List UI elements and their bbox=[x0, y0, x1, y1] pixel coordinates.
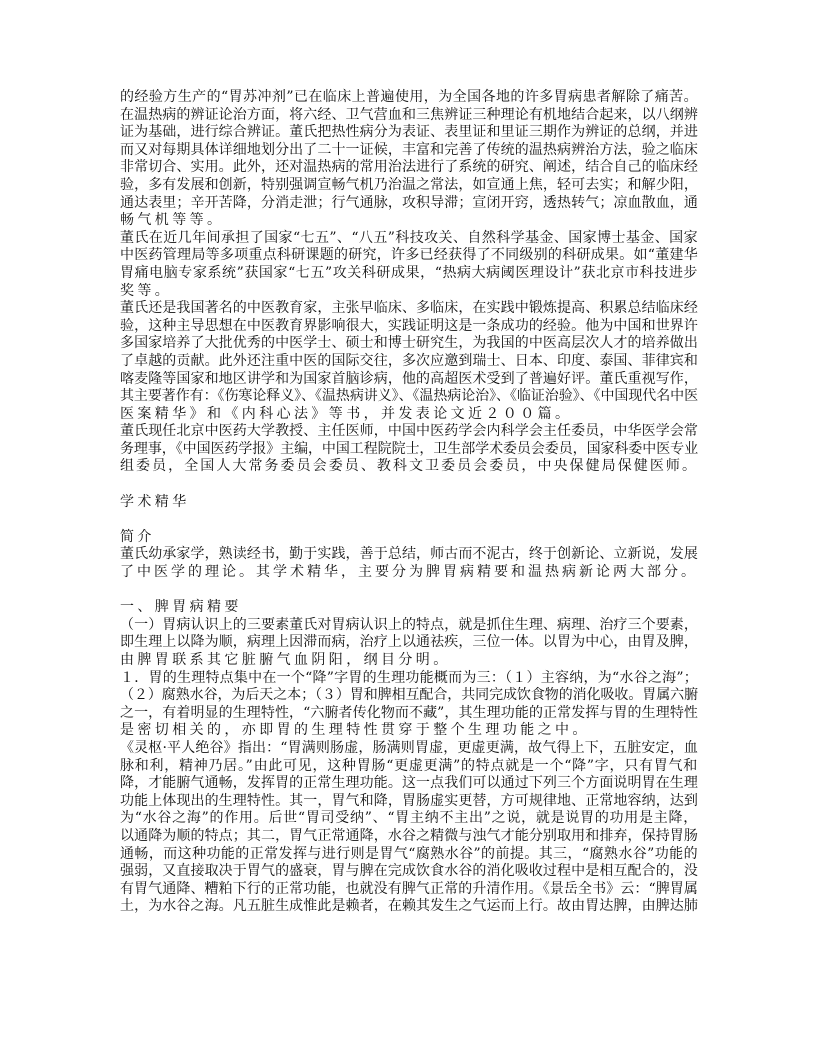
text-line: 了卓越的贡献。此外还注重中医的国际交往，多次应邀到瑞士、日本、印度、泰国、菲律宾… bbox=[120, 353, 702, 371]
text-line: 脉和利，精神乃居。”由此可见，这种胃肠“更虚更满”的特点就是一个“降”字，只有胃… bbox=[120, 758, 702, 776]
text-line: 功能上体现出的生理特性。其一，胃气和降，胃肠虚实更替，方可规律地、正常地容纳，达… bbox=[120, 793, 702, 811]
blank-line bbox=[120, 476, 702, 494]
text-line: 《灵枢·平人绝谷》指出：“胃满则肠虚，肠满则胃虚，更虚更满，故气得上下，五脏安定… bbox=[120, 740, 702, 758]
blank-line bbox=[120, 582, 702, 600]
paragraph: 的经验方生产的“胃苏冲剂”已在临床上普遍使用，为全国各地的许多胃病患者解除了痛苦… bbox=[120, 89, 702, 107]
text-line: １．胃的生理特点集中在一个“降”字胃的生理功能概而为三：（１）主容纳，为“水谷之… bbox=[120, 670, 702, 688]
text-line: 董氏还是我国著名的中医教育家，主张早临床、多临床，在实践中锻炼提高、积累总结临床… bbox=[120, 300, 702, 318]
text-line: 证为基础，进行综合辨证。董氏把热性病分为表证、表里证和里证三期作为辨证的总纲，并… bbox=[120, 124, 702, 142]
text-line: 了中医学的理论。其学术精华，主要分为脾胃病精要和温热病新论两大部分。 bbox=[120, 564, 702, 582]
text-line: 的经验方生产的“胃苏冲剂”已在临床上普遍使用，为全国各地的许多胃病患者解除了痛苦… bbox=[120, 89, 702, 107]
text-line: （２）腐熟水谷，为后天之本；（３）胃和脾相互配合，共同完成饮食物的消化吸收。胃属… bbox=[120, 687, 702, 705]
section-heading: 学术精华 bbox=[120, 494, 702, 512]
section-heading: 一、脾胃病精要 bbox=[120, 599, 702, 617]
document-page: 的经验方生产的“胃苏冲剂”已在临床上普遍使用，为全国各地的许多胃病患者解除了痛苦… bbox=[120, 89, 702, 916]
text-line: 在温热病的辨证论治方面，将六经、卫气营血和三焦辨证三种理论有机地结合起来，以八纲… bbox=[120, 107, 702, 125]
text-line: 医案精华》和《内科心法》等书，并发表论文近２００篇。 bbox=[120, 406, 702, 424]
paragraph: 董氏现任北京中医药大学教授、主任医师，中国中医药学会内科学会主任委员，中华医学会… bbox=[120, 423, 702, 476]
text-line: 由脾胃联系其它脏腑气血阴阳，纲目分明。 bbox=[120, 652, 702, 670]
text-line: 而又对每期具体详细地划分出了二十一证候，丰富和完善了传统的温热病辨治方法，验之临… bbox=[120, 142, 702, 160]
text-line: 验，这种主导思想在中医教育界影响很大，实践证明这是一条成功的经验。他为中国和世界… bbox=[120, 318, 702, 336]
text-line: （一）胃病认识上的三要素董氏对胃病认识上的特点，就是抓住生理、病理、治疗三个要素… bbox=[120, 617, 702, 635]
text-line: 有胃气通降、糟粕下行的正常功能，也就没有脾气正常的升清作用。《景岳全书》云：“脾… bbox=[120, 881, 702, 899]
text-line: 通畅，而这种功能的正常发挥与进行则是胃气“腐熟水谷”的前提。其三，“腐熟水谷”功… bbox=[120, 846, 702, 864]
paragraph: 董氏还是我国著名的中医教育家，主张早临床、多临床，在实践中锻炼提高、积累总结临床… bbox=[120, 300, 702, 423]
text-line: 其主要著作有：《伤寒论释义》、《温热病讲义》、《温热病论治》、《临证治验》、《中… bbox=[120, 388, 702, 406]
paragraph: 《灵枢·平人绝谷》指出：“胃满则肠虚，肠满则胃虚，更虚更满，故气得上下，五脏安定… bbox=[120, 740, 702, 916]
text-line: 组委员，全国人大常务委员会委员、教科文卫委员会委员，中央保健局保健医师。 bbox=[120, 458, 702, 476]
text-line: 为“水谷之海”的作用。后世“胃司受纳”、“胃主纳不主出”之说，就是说胃的功用是主… bbox=[120, 810, 702, 828]
text-line: 务理事，《中国医药学报》主编，中国工程院院士，卫生部学术委员会委员，国家科委中医… bbox=[120, 441, 702, 459]
text-line: 通达表里；辛开苦降，分消走泄；行气通脉，攻积导滞；宣闭开窍，透热转气；凉血散血，… bbox=[120, 195, 702, 213]
text-line: 畅气机等等。 bbox=[120, 212, 702, 230]
text-line: 多国家培养了大批优秀的中医学士、硕士和博士研究生，为我国的中医高层次人才的培养做… bbox=[120, 335, 702, 353]
paragraph: 在温热病的辨证论治方面，将六经、卫气营血和三焦辨证三种理论有机地结合起来，以八纲… bbox=[120, 107, 702, 230]
paragraph: （一）胃病认识上的三要素董氏对胃病认识上的特点，就是抓住生理、病理、治疗三个要素… bbox=[120, 617, 702, 670]
text-line: 降，才能腑气通畅，发挥胃的正常生理功能。这一点我们可以通过下列三个方面说明胃在生… bbox=[120, 775, 702, 793]
text-line: 胃痛电脑专家系统”获国家“七五”攻关科研成果，“热病大病阈医理设计”获北京市科技… bbox=[120, 265, 702, 283]
text-line: 以通降为顺的特点；其二，胃气正常通降，水谷之精微与浊气才能分别取用和排弃，保持胃… bbox=[120, 828, 702, 846]
paragraph: 董氏在近几年间承担了国家“七五”、“八五”科技攻关、自然科学基金、国家博士基金、… bbox=[120, 230, 702, 300]
paragraph: １．胃的生理特点集中在一个“降”字胃的生理功能概而为三：（１）主容纳，为“水谷之… bbox=[120, 670, 702, 740]
paragraph: 董氏幼承家学，熟读经书，勤于实践，善于总结，师古而不泥古，终于创新论、立新说，发… bbox=[120, 546, 702, 581]
text-line: 强弱，又直接取决于胃气的盛衰，胃与脾在完成饮食水谷的消化吸收过程中是相互配合的，… bbox=[120, 863, 702, 881]
text-line: 中医药管理局等多项重点科研课题的研究，许多已经获得了不同级别的科研成果。如“董建… bbox=[120, 247, 702, 265]
text-line: 非常切合、实用。此外，还对温热病的常用治法进行了系统的研究、阐述，结合自己的临床… bbox=[120, 159, 702, 177]
text-line: 是密切相关的，亦即胃的生理特性贯穿于整个生理功能之中。 bbox=[120, 722, 702, 740]
text-line: 奖等。 bbox=[120, 283, 702, 301]
text-line: 之一，有着明显的生理特性，“六腑者传化物而不藏”，其生理功能的正常发挥与胃的生理… bbox=[120, 705, 702, 723]
text-line: 土，为水谷之海。凡五脏生成惟此是赖者，在赖其发生之气运而上行。故由胃达脾，由脾达… bbox=[120, 898, 702, 916]
text-line: 董氏现任北京中医药大学教授、主任医师，中国中医药学会内科学会主任委员，中华医学会… bbox=[120, 423, 702, 441]
blank-line bbox=[120, 511, 702, 529]
text-line: 董氏在近几年间承担了国家“七五”、“八五”科技攻关、自然科学基金、国家博士基金、… bbox=[120, 230, 702, 248]
text-line: 喀麦隆等国家和地区讲学和为国家首脑诊病，他的高超医术受到了普遍好评。董氏重视写作… bbox=[120, 371, 702, 389]
section-heading: 简介 bbox=[120, 529, 702, 547]
text-line: 验，多有发展和创新，特别强调宣畅气机乃治温之常法，如宣通上焦，轻可去实；和解少阳… bbox=[120, 177, 702, 195]
text-line: 董氏幼承家学，熟读经书，勤于实践，善于总结，师古而不泥古，终于创新论、立新说，发… bbox=[120, 546, 702, 564]
text-line: 即生理上以降为顺，病理上因滞而病，治疗上以通祛疾，三位一体。以胃为中心，由胃及脾… bbox=[120, 634, 702, 652]
